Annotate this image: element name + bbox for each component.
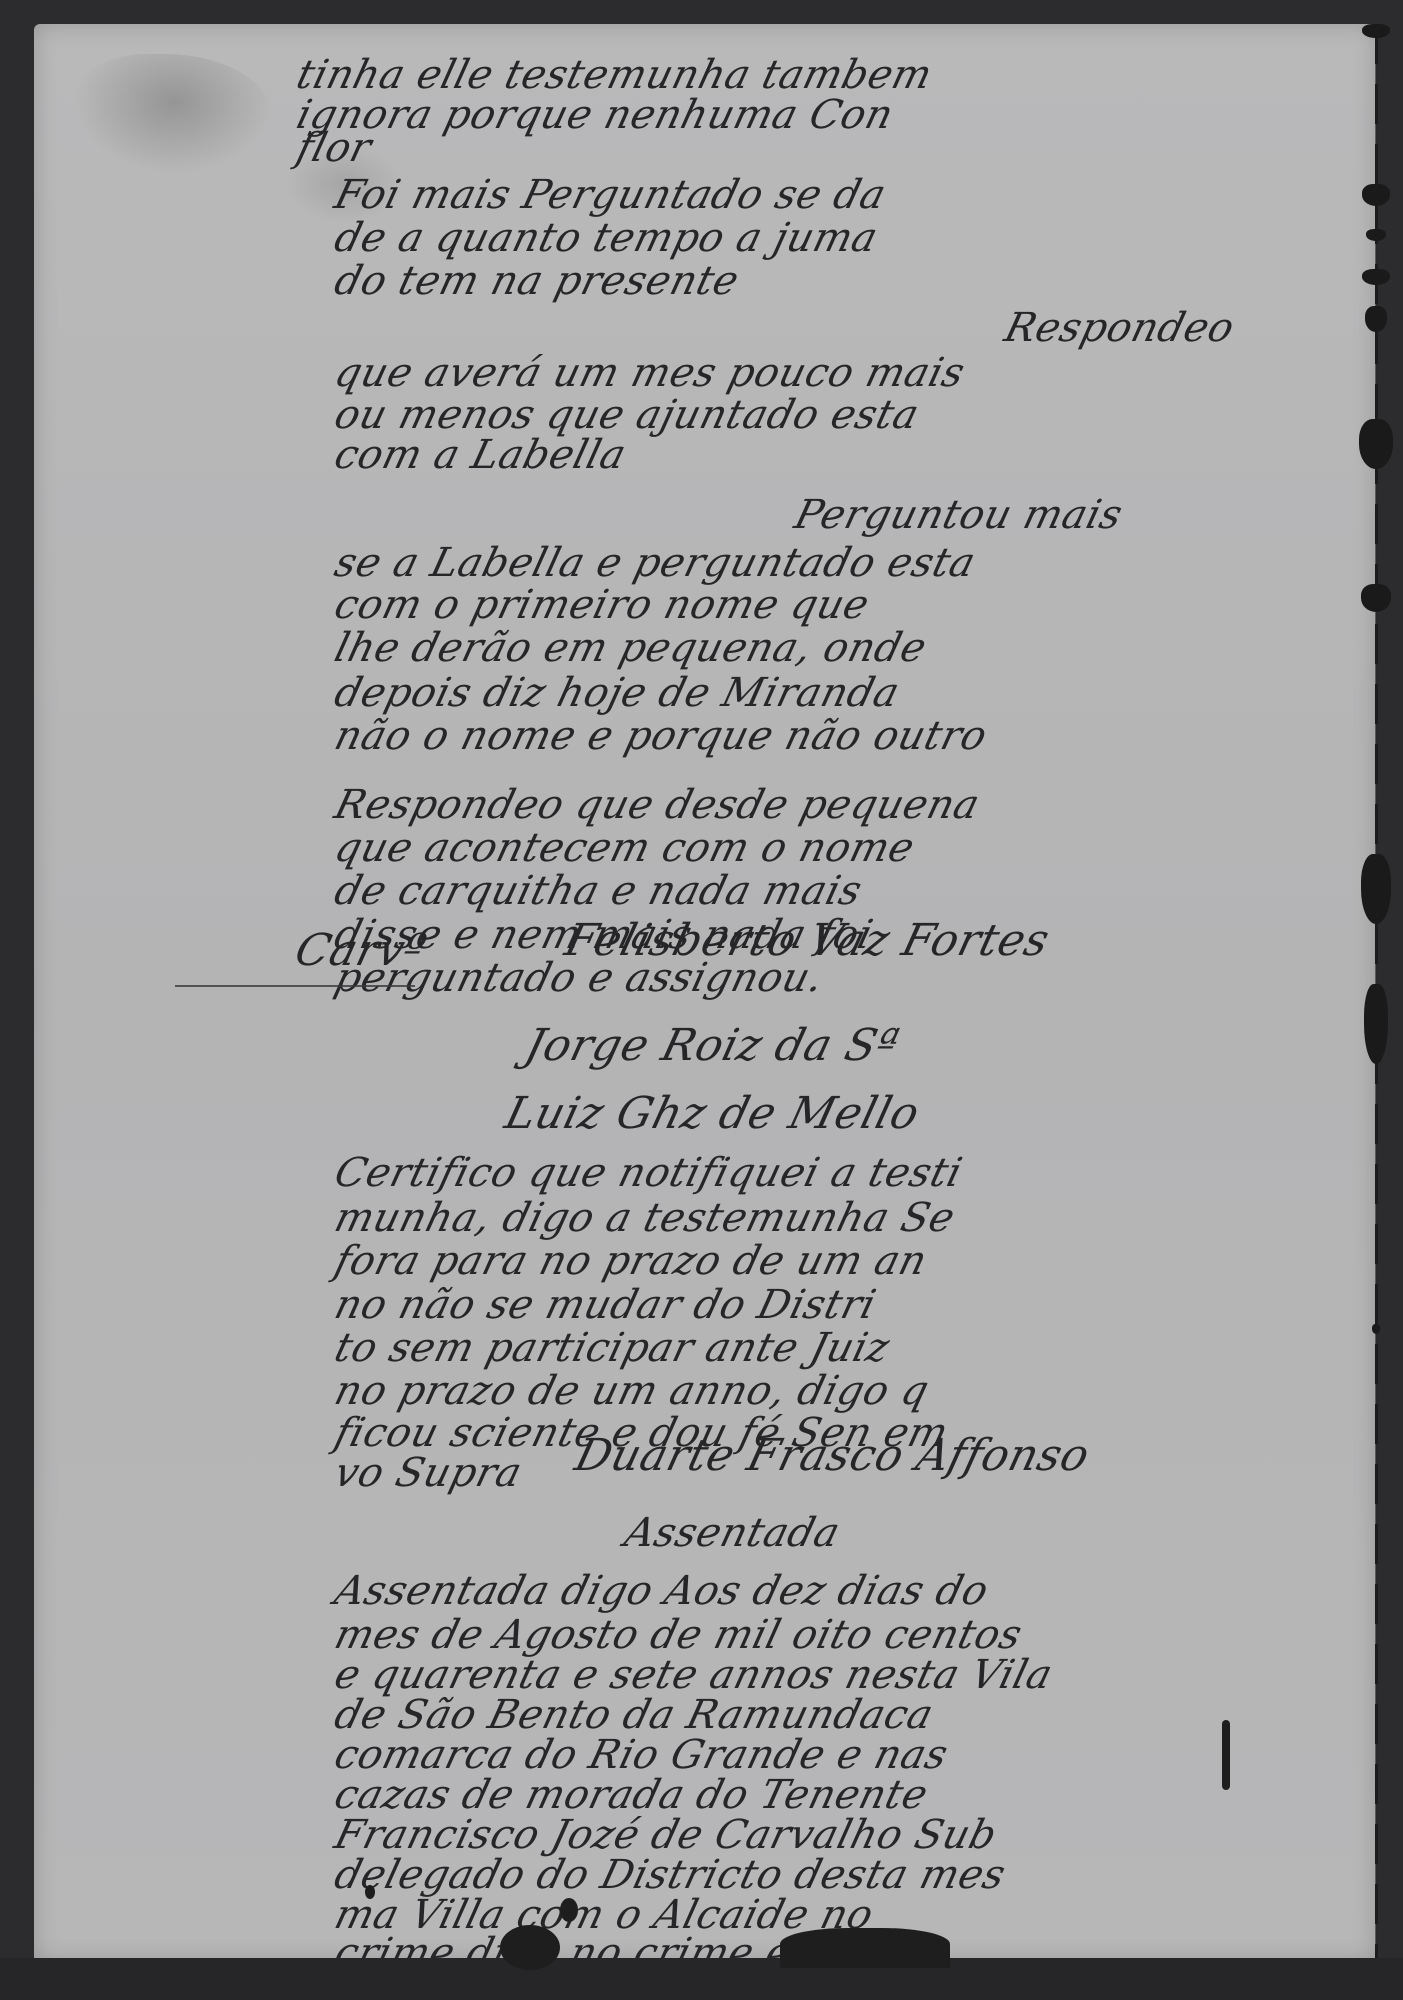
interrogation-line: de a quanto tempo a juma bbox=[330, 215, 882, 261]
certification-line: Certifico que notifiquei a testi bbox=[330, 1150, 967, 1196]
interrogation-line: do tem na presente bbox=[330, 258, 744, 304]
interrogation-line: se a Labella e perguntado esta bbox=[330, 540, 980, 586]
interrogation-line: Foi mais Perguntado se da bbox=[330, 172, 891, 218]
certification-line: to sem participar ante Juiz bbox=[330, 1325, 894, 1371]
ornamental-border bbox=[1372, 24, 1380, 1962]
interrogation-line: com o primeiro nome que bbox=[330, 582, 874, 628]
ornament-knot bbox=[1359, 419, 1393, 469]
ornament-knot bbox=[1361, 584, 1391, 612]
ornament-knot bbox=[1362, 269, 1390, 285]
interrogation-line: Respondeo que desde pequena bbox=[330, 782, 984, 828]
signature-duarte-affonso: Duarte Frasco Affonso bbox=[570, 1430, 1095, 1481]
interrogation-line: de carquitha e nada mais bbox=[330, 868, 867, 914]
interrogation-line: Perguntou mais bbox=[790, 492, 1127, 538]
interrogation-line: depois diz hoje de Miranda bbox=[330, 670, 904, 716]
certification-line: fora para no prazo de um an bbox=[330, 1238, 932, 1284]
ornament-knot bbox=[1362, 184, 1390, 206]
interrogation-line: com a Labella bbox=[330, 432, 631, 478]
certification-line: no prazo de um anno, digo q bbox=[330, 1368, 934, 1414]
ink-blot bbox=[500, 1925, 560, 1970]
signature-jorge-roiz-da-silva: Jorge Roiz da Sª bbox=[520, 1020, 904, 1071]
page-bottom-edge bbox=[0, 1958, 1403, 2000]
ink-blot bbox=[780, 1928, 950, 1968]
signature-luiz-de-mello: Luiz Ghz de Mello bbox=[500, 1088, 925, 1139]
ink-blot bbox=[365, 1885, 375, 1899]
ornament-knot bbox=[1372, 1324, 1380, 1334]
interrogation-line: lhe derão em pequena, onde bbox=[330, 625, 931, 671]
signature-felisberto-vaz-fortes: Felisberto Vaz Fortes bbox=[560, 915, 1055, 966]
signature-carvalho: Carvº bbox=[290, 925, 432, 976]
assentada-line: Assentada digo Aos dez dias do bbox=[330, 1568, 993, 1614]
ink-blot bbox=[560, 1898, 578, 1922]
ornament-knot bbox=[1361, 854, 1391, 924]
signature-flourish-line bbox=[175, 985, 415, 987]
ornament-knot bbox=[1364, 984, 1388, 1064]
section-heading-assentada: Assentada bbox=[620, 1510, 845, 1556]
ornament-knot bbox=[1366, 229, 1386, 241]
certification-line: vo Supra bbox=[330, 1450, 527, 1496]
interrogation-line: não o nome e porque não outro bbox=[330, 713, 992, 759]
ornament-knot bbox=[1362, 24, 1390, 38]
certification-line: munha, digo a testemunha Se bbox=[330, 1195, 960, 1241]
certification-line: no não se mudar do Distri bbox=[330, 1282, 881, 1328]
interrogation-line: Respondeo bbox=[1000, 305, 1239, 351]
water-stain bbox=[74, 54, 274, 174]
interrogation-line: que averá um mes pouco mais bbox=[330, 350, 970, 396]
interrogation-line: que acontecem com o nome bbox=[330, 825, 919, 871]
interrogation-line: flor bbox=[292, 125, 376, 171]
ornament-knot bbox=[1365, 306, 1387, 332]
ink-mark bbox=[1222, 1720, 1230, 1790]
interrogation-line: ignora porque nenhuma Con bbox=[292, 92, 898, 138]
